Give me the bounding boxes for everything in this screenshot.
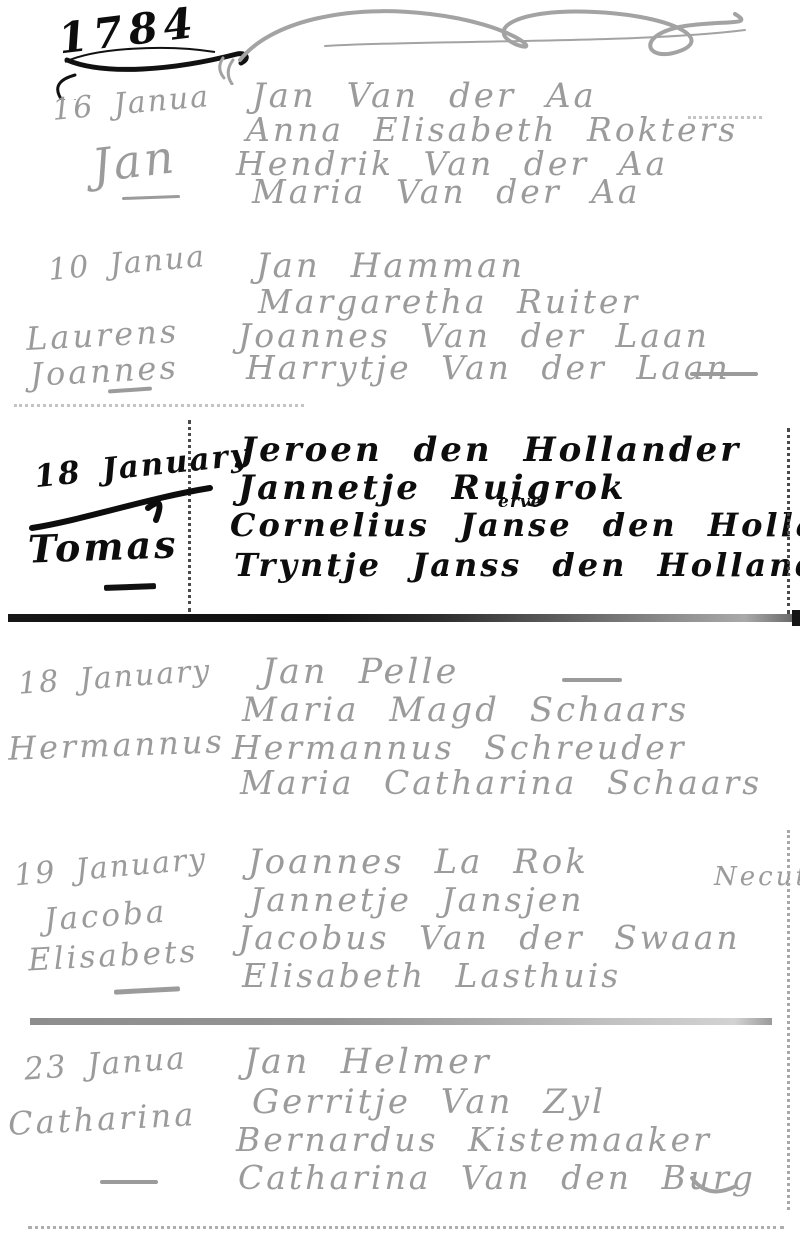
witness-name: Maria Van der Aa	[252, 172, 641, 211]
bottom-rule	[28, 1226, 784, 1229]
parent-name: Jannetje Ruigrok	[238, 468, 626, 508]
pen-dash	[104, 583, 156, 591]
child-name: Jan	[89, 129, 179, 193]
parent-name: Joannes La Rok	[248, 842, 589, 882]
speckle-mark	[688, 116, 762, 119]
parent-name: Jan Helmer	[244, 1042, 492, 1082]
parent-name: Maria Magd Schaars	[242, 690, 689, 730]
parent-name: Gerritje Van Zyl	[252, 1082, 606, 1122]
edge-ink-blob	[792, 610, 800, 626]
pen-curl-mark	[686, 1172, 742, 1200]
right-edge-dotted-border	[787, 830, 790, 1210]
register-page: 1784 16 Janua Jan Jan Van der Aa Anna El…	[0, 0, 800, 1236]
entry-date: 23 Janua	[23, 1040, 188, 1087]
parent-name: Jan Pelle	[262, 652, 459, 692]
header-flourish	[215, 0, 795, 85]
witness-name: Tryntje Janss den Hollander	[234, 546, 800, 584]
witness-name: Maria Catharina Schaars	[240, 763, 762, 802]
pen-dash	[122, 195, 180, 200]
pen-dash	[100, 1180, 158, 1184]
entry-date: 18 January	[17, 653, 212, 701]
parent-name: Jeroen den Hollander	[240, 430, 741, 470]
gray-divider-rule	[30, 1018, 772, 1025]
witness-name: Jacobus Van der Swaan	[238, 918, 741, 957]
clipping-top-border	[14, 404, 304, 407]
child-name: Tomas	[27, 521, 179, 571]
child-name: Catharina	[7, 1095, 197, 1143]
pen-dash	[562, 678, 622, 682]
child-name: Joannes	[29, 348, 180, 394]
witness-name: Cornelius Janse den Hollander	[230, 506, 800, 544]
parent-name: Jannetje Jansjen	[250, 880, 585, 919]
child-name: Hermannus	[7, 722, 225, 768]
witness-name: Catharina Van den Burg	[238, 1158, 756, 1197]
entry-date: 10 Janua	[47, 239, 208, 288]
witness-name: Hermannus Schreuder	[232, 728, 687, 767]
child-name: Elisabets	[27, 934, 199, 979]
child-name: Jacoba	[43, 894, 168, 939]
witness-name: Elisabeth Lasthuis	[242, 956, 621, 995]
witness-name: Bernardus Kistemaaker	[236, 1120, 712, 1159]
pen-dash	[690, 372, 758, 376]
pen-dash	[114, 986, 180, 994]
right-edge-dotted-border	[787, 428, 790, 614]
witness-name: Harrytje Van der Laan	[246, 348, 731, 387]
entry-date: 19 January	[13, 842, 209, 894]
heavy-divider-rule	[8, 614, 792, 622]
parent-name: Jan Hamman	[256, 246, 525, 286]
